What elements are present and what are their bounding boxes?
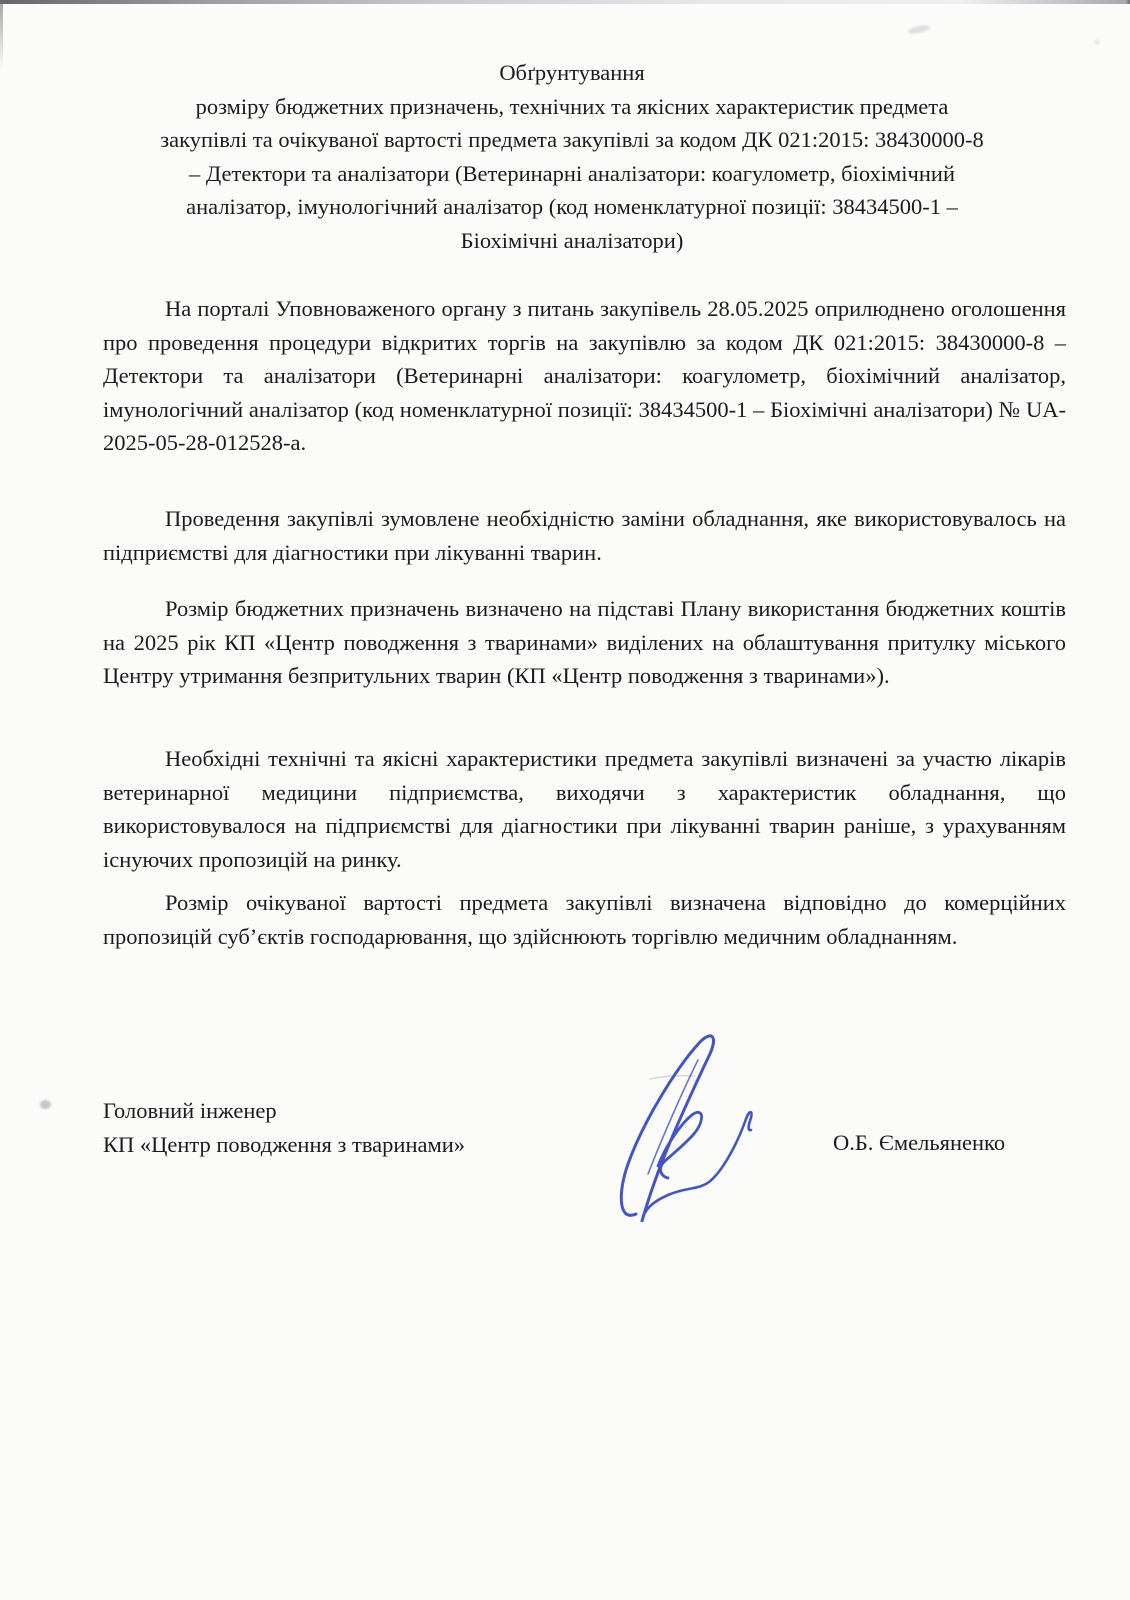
scan-border-artifact — [0, 0, 1130, 4]
scan-smudge-artifact — [1094, 40, 1100, 44]
title-line-4: – Детектори та аналізатори (Ветеринарні … — [96, 157, 1048, 191]
signer-position-line-1: Головний інженер — [103, 1094, 465, 1128]
paragraph-technical-characteristics: Необхідні технічні та якісні характерист… — [103, 742, 1066, 876]
paragraph-expected-value: Розмір очікуваної вартості предмета заку… — [103, 886, 1066, 953]
signer-position-block: Головний інженер КП «Центр поводження з … — [103, 1094, 465, 1162]
paragraph-procurement-reason: Проведення закупівлі зумовлене необхідні… — [103, 502, 1066, 569]
document-title: Обґрунтування розміру бюджетних призначе… — [96, 56, 1048, 257]
title-line-5: аналізатор, імунологічний аналізатор (ко… — [96, 190, 1048, 224]
scan-border-artifact-left — [0, 0, 3, 70]
signer-name: О.Б. Ємельяненко — [833, 1130, 1005, 1156]
signer-position-line-2: КП «Центр поводження з тваринами» — [103, 1128, 465, 1162]
scan-smudge-artifact — [40, 1100, 51, 1109]
title-line-1: Обґрунтування — [96, 56, 1048, 90]
handwritten-signature-icon — [598, 1026, 783, 1222]
paragraph-budget-basis: Розмір бюджетних призначень визначено на… — [103, 592, 1066, 693]
title-line-3: закупівлі та очікуваної вартості предмет… — [96, 123, 1048, 157]
paragraph-announcement: На порталі Уповноваженого органу з питан… — [103, 292, 1066, 460]
scan-smudge-artifact — [908, 24, 931, 35]
title-line-6: Біохімічні аналізатори) — [96, 224, 1048, 258]
title-line-2: розміру бюджетних призначень, технічних … — [96, 90, 1048, 124]
scanned-document-page: Обґрунтування розміру бюджетних призначе… — [0, 0, 1130, 1600]
